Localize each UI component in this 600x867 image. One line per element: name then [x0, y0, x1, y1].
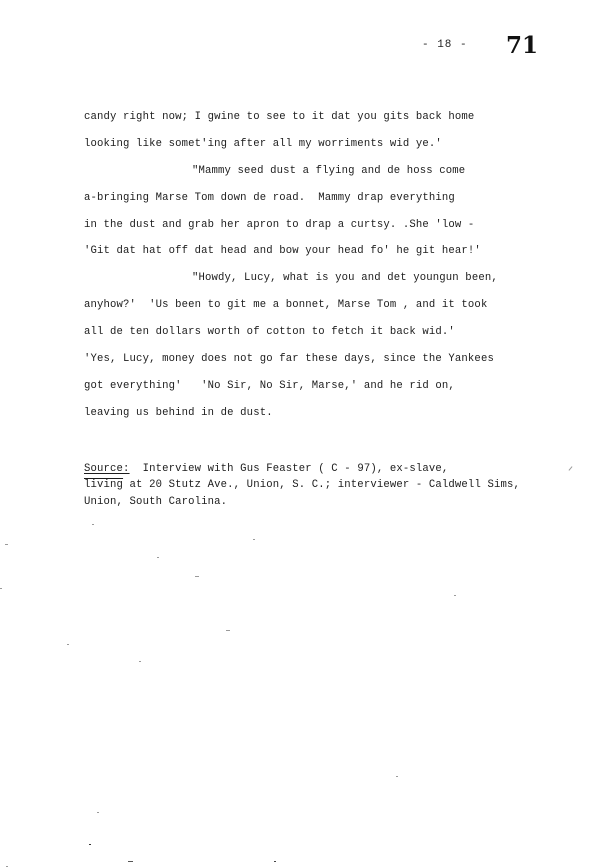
body-line: candy right now; I gwine to see to it da… — [84, 104, 584, 131]
body-line: 'Git dat hat off dat head and bow your h… — [84, 238, 584, 265]
scan-speck — [226, 630, 230, 631]
body-line: leaving us behind in de dust. — [84, 400, 584, 427]
source-text: at 20 Stutz Ave., Union, S. C.; intervie… — [123, 479, 520, 491]
source-line-1: Source: Interview with Gus Feaster ( C -… — [84, 461, 584, 477]
body-line: anyhow?' 'Us been to git me a bonnet, Ma… — [84, 292, 584, 319]
scan-speck — [97, 812, 99, 813]
body-line-indented: "Howdy, Lucy, what is you and det youngu… — [84, 265, 584, 292]
body-line: 'Yes, Lucy, money does not go far these … — [84, 346, 584, 373]
scan-speck — [454, 595, 456, 596]
scan-speck — [92, 524, 94, 525]
typed-page-number: - 18 - — [422, 39, 468, 51]
scan-speck — [274, 861, 276, 862]
scan-speck — [157, 557, 159, 558]
scan-speck — [139, 661, 141, 662]
scan-speck — [195, 576, 199, 577]
page-header: - 18 - 71 — [0, 32, 600, 62]
scan-speck — [396, 776, 398, 777]
transcript-body: candy right now; I gwine to see to it da… — [84, 104, 584, 427]
stamped-page-number: 71 — [506, 32, 538, 59]
scan-speck — [128, 861, 133, 862]
source-label: Source: — [84, 463, 130, 475]
source-living-word: living — [84, 479, 123, 491]
source-line-3: Union, South Carolina. — [84, 494, 584, 510]
body-line: looking like somet'ing after all my worr… — [84, 131, 584, 158]
body-line: in the dust and grab her apron to drap a… — [84, 212, 584, 239]
body-line: a-bringing Marse Tom down de road. Mammy… — [84, 185, 584, 212]
source-line-2: living at 20 Stutz Ave., Union, S. C.; i… — [84, 477, 584, 493]
source-citation: Source: Interview with Gus Feaster ( C -… — [84, 461, 584, 510]
scan-speck — [0, 588, 2, 589]
scan-speck — [89, 844, 91, 845]
scan-speck — [67, 644, 69, 645]
body-line-indented: "Mammy seed dust a flying and de hoss co… — [84, 158, 584, 185]
scan-speck — [5, 544, 8, 545]
scan-speck — [253, 539, 255, 540]
body-line: all de ten dollars worth of cotton to fe… — [84, 319, 584, 346]
source-text: Interview with Gus Feaster ( C - 97), ex… — [130, 463, 449, 475]
body-line: got everything' 'No Sir, No Sir, Marse,'… — [84, 373, 584, 400]
